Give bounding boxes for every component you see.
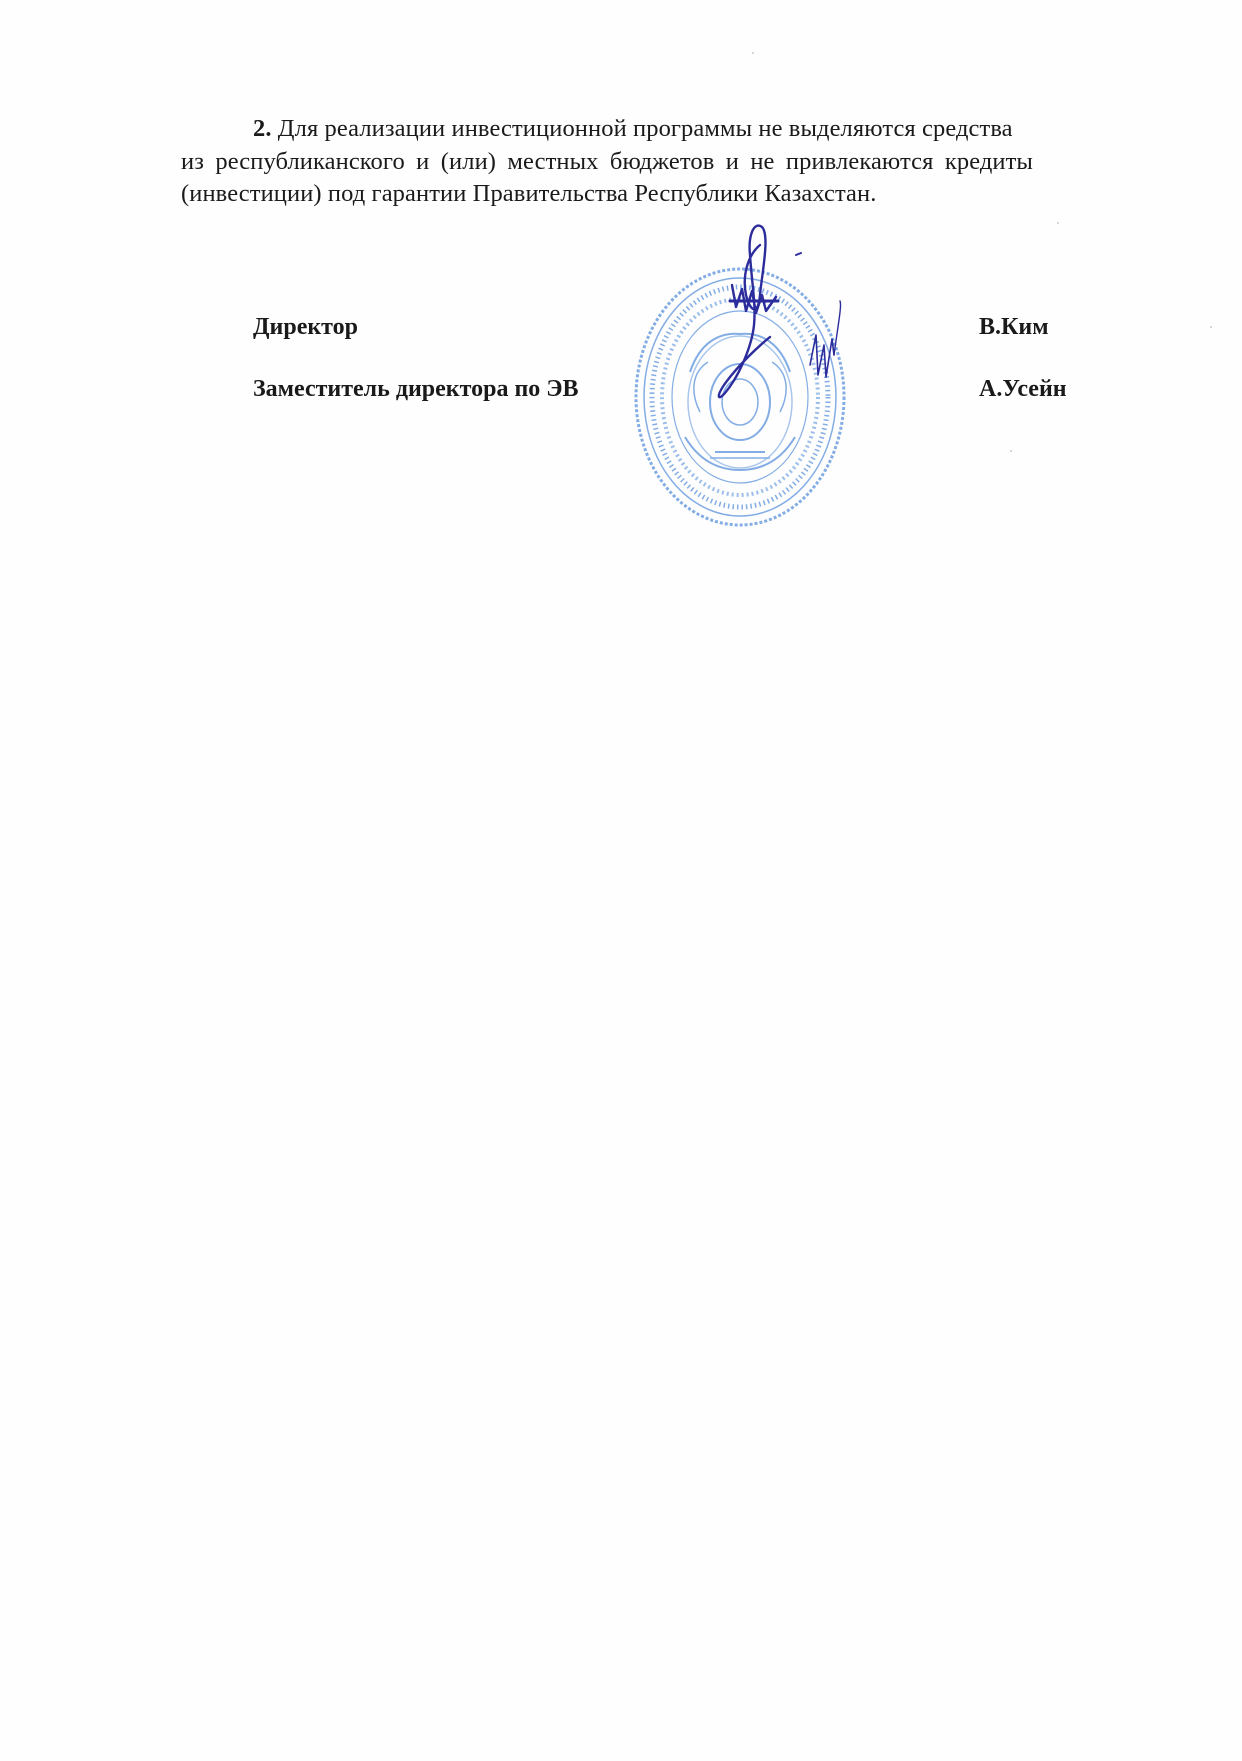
paragraph-text-rest: из республиканского и (или) местных бюдж… [181,148,1033,208]
paragraph-number: 2. [253,115,272,142]
scan-speck [1057,222,1059,224]
signatory-name-director: В.Ким [979,314,1049,341]
signatory-title-deputy: Заместитель директора по ЭВ [253,376,579,403]
scan-speck [1210,326,1212,328]
paragraph-2: 2. Для реализации инвестиционной програм… [181,113,1033,211]
signatory-title-director: Директор [253,314,358,341]
document-page: 2. Для реализации инвестиционной програм… [0,0,1242,1761]
paragraph-text-line1: Для реализации инвестиционной программы … [272,115,1013,142]
official-round-seal-icon [630,262,850,532]
signatory-name-deputy: А.Усейн [979,376,1067,403]
paragraph-first-line: 2. Для реализации инвестиционной програм… [181,113,1033,146]
scan-speck [1010,450,1012,452]
scan-speck [752,52,754,54]
